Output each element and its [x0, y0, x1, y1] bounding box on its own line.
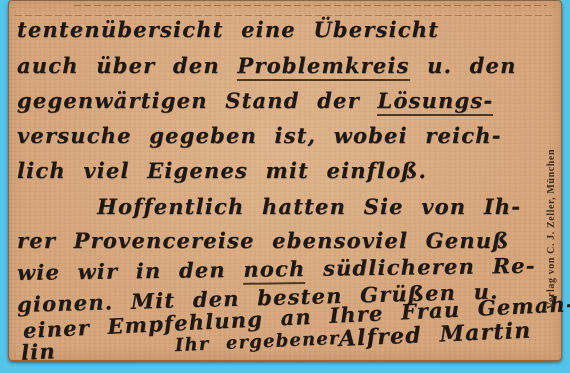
line-8-pre: wie wir in den: [17, 257, 244, 285]
underlined-word-problemkreis: Problemkreis: [237, 53, 409, 81]
handwriting-line-4: versuche gegeben ist, wobei reich-: [17, 124, 502, 148]
handwriting-line-6: Hoffentlich hatten Sie von Ih-: [97, 195, 521, 219]
underlined-word-noch: noch: [243, 256, 306, 285]
handwriting-line-3: gegenwärtigen Stand der Lösungs-: [17, 89, 493, 113]
handwriting-line-7: rer Provencereise ebensoviel Genuß: [17, 229, 509, 253]
printed-rule-top: [74, 5, 547, 6]
underlined-word-loesungs: Lösungs-: [377, 88, 493, 116]
line-3-pre: gegenwärtigen Stand der: [17, 88, 377, 113]
handwriting-line-5: lich viel Eigenes mit einfloß.: [17, 159, 427, 183]
line-2-pre: auch über den: [17, 53, 237, 78]
handwriting-line-1: tentenübersicht eine Übersicht: [17, 18, 439, 42]
publisher-imprint: Verlag von C. J. Zeller, München: [546, 149, 557, 309]
postcard-scan: tentenübersicht eine Übersicht auch über…: [0, 0, 570, 373]
closing-word-lin: lin: [21, 339, 57, 364]
line-2-post: u. den: [410, 53, 517, 78]
line-8-post: südlicheren Re-: [305, 253, 536, 281]
handwriting-line-2: auch über den Problemkreis u. den: [17, 54, 517, 78]
printed-rule-second: [15, 15, 555, 16]
postcard-paper: tentenübersicht eine Übersicht auch über…: [8, 0, 562, 361]
